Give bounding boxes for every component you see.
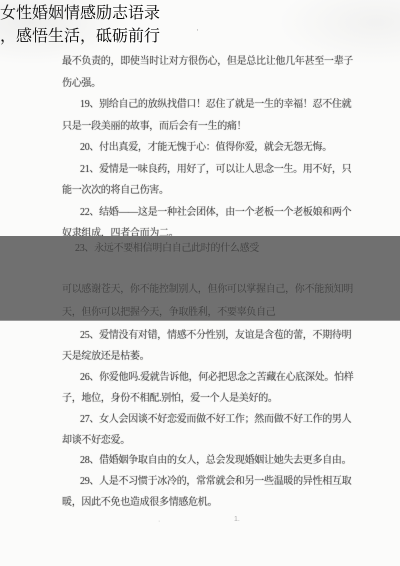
- document-line: 21、爱情是一味良药，用好了，可以让人思念一生。用不好，只: [80, 160, 351, 175]
- scan-top-mark: ·: [196, 25, 199, 35]
- document-line: 子，地位，身份不相配.别怕，爱一个人是美好的。: [62, 389, 278, 404]
- document-line: 暖，因此不免也造成很多情感危机。: [62, 493, 217, 508]
- document-line: 28、借婚姻争取自由的女人，总会发现婚姻让她失去更多自由。: [80, 451, 351, 466]
- document-line: 能一次次的将自己伤害。: [62, 181, 169, 196]
- overlay-title-line-1: 女性婚姻情感励志语录: [0, 0, 400, 23]
- document-line: 天是绽放还是枯萎。: [62, 347, 149, 362]
- document-line: 伤心强。: [62, 74, 101, 89]
- document-line: 最不负责的，即使当时让对方很伤心，但是总比让他几年甚至一辈子: [62, 52, 353, 67]
- document-line: 22、结婚——这是一种社会团体，由一个老板一个老板娘和两个: [80, 203, 351, 218]
- document-line: 26、你爱他吗.爱就告诉他，何必把思念之苦藏在心底深处。怕样: [80, 368, 354, 383]
- document-line: 29、人是不习惯于冰冷的，常常就会和另一些温暖的异性相互取: [80, 472, 351, 487]
- document-line: 27、女人会因谈不好恋爱而做不好工作；然而做不好工作的男人: [80, 410, 351, 425]
- scanned-document-page: · 最不负责的，即使当时让对方很伤心，但是总比让他几年甚至一辈子伤心强。19、别…: [0, 0, 400, 566]
- banner-faint-line: 23、永远不要相信明白自己此时的什么感受: [75, 239, 259, 254]
- overlay-title-line-2: ，感悟生活，砥砺前行: [0, 23, 400, 46]
- document-line: 25、爱情没有对错，情感不分性别，友谊是含苞的蕾，不期待明: [80, 326, 351, 341]
- document-line: 却谈不好恋爱。: [62, 431, 130, 446]
- banner-faint-line: 天，但你可以把握今天，争取胜利，不要辜负自己: [62, 303, 275, 318]
- scan-footer-mark-right: 1.: [234, 516, 240, 523]
- document-line: 19、别给自己的放纵找借口！忍住了就是一生的幸福！忍不住就: [80, 95, 351, 110]
- scan-footer-mark-left: ·: [158, 518, 160, 525]
- document-line: 20、付出真爱，才能无愧于心：值得你爱，就会无怨无悔。: [80, 138, 332, 153]
- title-overlay-banner: 23、永远不要相信明白自己此时的什么感受可以感谢苍天，你不能控制别人，但你可以掌…: [0, 236, 400, 320]
- banner-faint-line: 可以感谢苍天，你不能控制别人，但你可以掌握自己，你不能预知明: [62, 280, 353, 295]
- document-line: 只是一段美丽的故事，而后会有一生的痛！: [62, 117, 246, 132]
